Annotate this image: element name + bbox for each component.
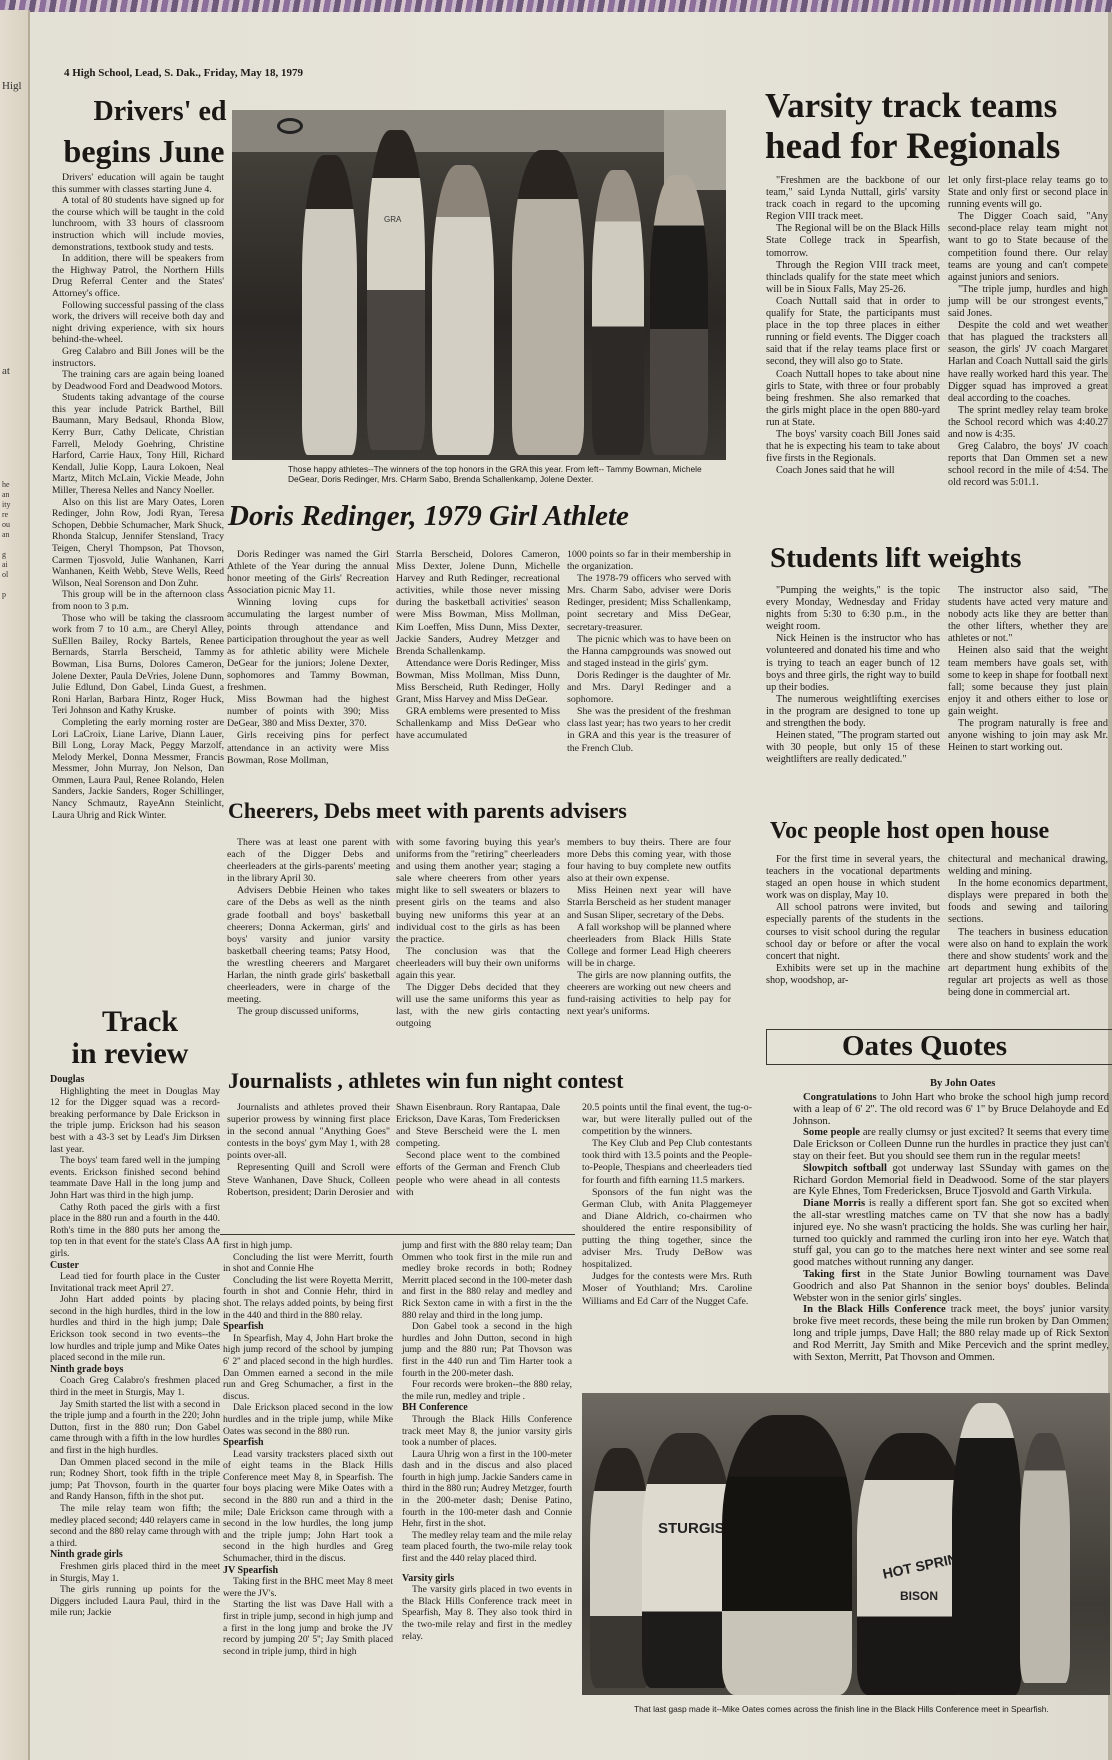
paragraph: Lead tied for fourth place in the Custer… [50, 1271, 220, 1294]
subhead: BH Conference [402, 1402, 572, 1414]
paragraph: Heinen also said that the weight team me… [948, 645, 1108, 718]
subhead: Varsity girls [402, 1573, 572, 1585]
oates-item: In the Black Hills Conference track meet… [793, 1304, 1109, 1363]
paragraph: Those who will be taking the classroom w… [52, 613, 224, 717]
paragraph: Jay Smith started the list with a second… [50, 1399, 220, 1457]
paragraph: Girls receiving pins for perfect attenda… [227, 730, 389, 766]
oates-item-lead: Congratulations [803, 1092, 877, 1103]
race-photo-caption: That last gasp made it--Mike Oates comes… [634, 1704, 1074, 1714]
paragraph: The sprint medley relay team broke the S… [948, 405, 1108, 441]
jersey-text-bison: BISON [900, 1589, 938, 1603]
journalists-col-2: Shawn Eisenbraun. Rory Rantapaa, Dale Er… [396, 1102, 560, 1199]
official-figure [952, 1403, 1022, 1695]
paragraph: John Hart added points by placing second… [50, 1294, 220, 1364]
doris-col-3: 1000 points so far in their membership i… [567, 549, 731, 755]
oates-quotes-box: Oates Quotes [766, 1029, 1112, 1065]
paragraph: The teachers in business education were … [948, 927, 1108, 1000]
subhead: Ninth grade boys [50, 1364, 220, 1376]
paragraph: Greg Calabro and Bill Jones will be the … [52, 346, 224, 369]
voc-col-2: chitectural and mechanical drawing, weld… [948, 854, 1108, 999]
paragraph: let only first-place relay teams go to S… [948, 175, 1108, 211]
oates-item-lead: Slowpitch softball [803, 1163, 887, 1174]
cheerers-col-3: members to buy theirs. There are four mo… [567, 837, 731, 1018]
cheerers-col-2: with some favoring buying this year's un… [396, 837, 560, 1031]
paragraph: The program naturally is free and anyone… [948, 718, 1108, 754]
runner-figure [590, 1448, 650, 1688]
spectator-figure [1020, 1433, 1070, 1683]
paragraph: first in high jump. [223, 1240, 393, 1252]
paragraph: Taking first in the BHC meet May 8 meet … [223, 1576, 393, 1599]
gra-badge-text: GRA [384, 215, 401, 224]
paragraph: "The triple jump, hurdles and high jump … [948, 284, 1108, 320]
paragraph: There was at least one parent with each … [227, 837, 390, 885]
track-review-headline-2: in review [40, 1039, 220, 1069]
weights-headline: Students lift weights [770, 544, 1110, 573]
paragraph: This group will be in the afternoon clas… [52, 589, 224, 612]
paragraph: For the first time in several years, the… [766, 854, 940, 902]
oates-item: Slowpitch softball got underway last SSu… [793, 1163, 1109, 1198]
basketball-hoop-icon [277, 118, 303, 134]
paragraph: The numerous weightlifting exercises in … [766, 694, 940, 730]
paragraph: The instructor also said, "The students … [948, 585, 1108, 645]
paragraph: Greg Calabro, the boys' JV coach reports… [948, 441, 1108, 489]
paragraph: Heinen stated, "The program started out … [766, 730, 940, 766]
paragraph: Students taking advantage of the course … [52, 392, 224, 496]
newspaper-page: 4 High School, Lead, S. Dak., Friday, Ma… [30, 12, 1112, 1760]
paragraph: 20.5 points until the final event, the t… [582, 1102, 752, 1138]
person-figure [432, 165, 494, 455]
prev-page-fragment: ai [0, 560, 8, 569]
paragraph: Coach Nuttall said that in order to qual… [766, 296, 940, 369]
prev-page-fragment: he [0, 480, 10, 489]
paragraph: Cathy Roth paced the girls with a first … [50, 1202, 220, 1260]
paragraph: Attendance were Doris Redinger, Miss Bow… [396, 658, 560, 706]
paragraph: Representing Quill and Scroll were Steve… [227, 1162, 390, 1198]
paragraph: Freshmen girls placed third in the meet … [50, 1561, 220, 1584]
paragraph: A fall workshop will be planned where ch… [567, 922, 731, 970]
prev-page-fragment: Higl [0, 80, 22, 92]
prev-page-fragment: ol [0, 570, 8, 579]
track-review-col-2: first in high jump. Concluding the list … [223, 1240, 393, 1657]
paragraph: Laura Uhrig won a first in the 100-meter… [402, 1449, 572, 1530]
person-figure [367, 130, 425, 450]
person-figure [512, 150, 584, 455]
track-review-col-1: Douglas Highlighting the meet in Douglas… [50, 1074, 220, 1619]
paragraph: Exhibits were set up in the machine shop… [766, 963, 940, 987]
paragraph: Concluding the list were Merritt, fourth… [223, 1252, 393, 1275]
paragraph: The mile relay team won fifth; the medle… [50, 1503, 220, 1549]
paragraph: GRA emblems were presented to Miss Schal… [396, 706, 560, 742]
paragraph: Coach Nuttall hopes to take about nine g… [766, 369, 940, 429]
journalists-headline: Journalists , athletes win fun night con… [228, 1070, 768, 1092]
paragraph: Coach Greg Calabro's freshmen placed thi… [50, 1375, 220, 1398]
drivers-ed-headline-1: Drivers' ed [70, 98, 250, 126]
person-figure [650, 175, 708, 455]
prev-page-fragment: g [0, 550, 6, 559]
oates-headline: Oates Quotes [767, 1030, 1112, 1061]
gra-photo-caption: Those happy athletes--The winners of the… [288, 464, 728, 484]
paragraph: The Regional will be on the Black Hills … [766, 223, 940, 259]
paragraph: Doris Redinger was named the Girl Athlet… [227, 549, 389, 597]
voc-headline: Voc people host open house [770, 819, 1112, 843]
paragraph: The 1978-79 officers who served with Mrs… [567, 573, 731, 633]
paragraph: The Digger Coach said, "Any second-place… [948, 211, 1108, 284]
paragraph: "Pumping the weights," is the topic ever… [766, 585, 940, 633]
prev-page-fragment: re [0, 510, 8, 519]
paragraph: Second place went to the combined effort… [396, 1150, 560, 1198]
drivers-ed-headline-2: begins June 4 [56, 135, 256, 167]
paragraph: Starting the list was Dave Hall with a f… [223, 1599, 393, 1657]
previous-page-edge: Higl at he an ity re ou an g ai ol p [0, 10, 30, 1760]
paragraph: The group discussed uniforms, [227, 1006, 390, 1018]
paragraph: Dale Erickson placed second in the low h… [223, 1402, 393, 1437]
paragraph: The Digger Debs decided that they will u… [396, 982, 560, 1030]
paragraph: Dan Ommen placed second in the mile run;… [50, 1457, 220, 1503]
paragraph: Following successful passing of the clas… [52, 300, 224, 346]
paragraph: Also on this list are Mary Oates, Loren … [52, 497, 224, 590]
oates-item: Some people are really clumsy or just ex… [793, 1127, 1109, 1162]
prev-page-fragment: at [0, 365, 10, 377]
paragraph: Drivers' education will again be taught … [52, 172, 224, 195]
paragraph: Lead varsity tracksters placed sixth out… [223, 1449, 393, 1565]
prev-page-fragment: p [0, 590, 6, 599]
voc-col-1: For the first time in several years, the… [766, 854, 940, 987]
runner-figure [642, 1433, 732, 1688]
subhead: Spearfish [223, 1437, 393, 1449]
oates-item: Congratulations to John Hart who broke t… [793, 1092, 1109, 1127]
paragraph: members to buy theirs. There are four mo… [567, 837, 731, 885]
paragraph: Nick Heinen is the instructor who has vo… [766, 633, 940, 693]
paragraph: Don Gabel took a second in the high hurd… [402, 1321, 572, 1379]
paragraph: The boys' team fared well in the jumping… [50, 1155, 220, 1201]
paragraph: In the home economics department, displa… [948, 878, 1108, 926]
paragraph: Miss Heinen next year will have Starrla … [567, 885, 731, 921]
paragraph: In Spearfish, May 4, John Hart broke the… [223, 1333, 393, 1403]
cheerers-col-1: There was at least one parent with each … [227, 837, 390, 1018]
oates-item-lead: Taking first [803, 1269, 860, 1280]
subhead: JV Spearfish [223, 1565, 393, 1577]
gym-wall [232, 110, 726, 152]
paragraph: Through the Black Hills Conference track… [402, 1414, 572, 1449]
paragraph: Through the Region VIII track meet, thin… [766, 260, 940, 296]
oates-item: Diane Morris is really a different sport… [793, 1198, 1109, 1269]
paragraph: Winning loving cups for accumulating the… [227, 597, 389, 694]
paragraph: chitectural and mechanical drawing, weld… [948, 854, 1108, 878]
oates-item-lead: Some people [803, 1127, 860, 1138]
doris-col-2: Starrla Berscheid, Dolores Cameron, Miss… [396, 549, 560, 743]
paragraph: Sponsors of the fun night was the German… [582, 1187, 752, 1272]
journalists-col-3: 20.5 points until the final event, the t… [582, 1102, 752, 1308]
paragraph: She was the president of the freshman cl… [567, 706, 731, 754]
paragraph: The boys' varsity coach Bill Jones said … [766, 429, 940, 465]
weights-col-2: The instructor also said, "The students … [948, 585, 1108, 754]
paragraph: The picnic which was to have been on the… [567, 634, 731, 670]
paragraph: jump and first with the 880 relay team; … [402, 1240, 572, 1321]
person-figure [592, 170, 644, 455]
paragraph: Miss Bowman had the highest number of po… [227, 694, 389, 730]
subhead: Custer [50, 1260, 220, 1272]
paragraph: Judges for the contests were Mrs. Ruth M… [582, 1271, 752, 1307]
jersey-text-sturgis: STURGIS [658, 1520, 725, 1537]
doris-headline: Doris Redinger, 1979 Girl Athlete [228, 502, 748, 531]
prev-page-fragment: ou [0, 520, 10, 529]
paragraph: Starrla Berscheid, Dolores Cameron, Miss… [396, 549, 560, 658]
subhead: Ninth grade girls [50, 1549, 220, 1561]
paragraph: Completing the early morning roster are … [52, 717, 224, 821]
track-race-photo: STURGIS HOT SPRIN BISON [582, 1393, 1110, 1695]
folio-line: 4 High School, Lead, S. Dak., Friday, Ma… [64, 67, 303, 79]
paragraph: The girls are now planning outfits, the … [567, 970, 731, 1018]
paragraph: Despite the cold and wet weather that ha… [948, 320, 1108, 405]
track-review-col-3: jump and first with the 880 relay team; … [402, 1240, 572, 1642]
doris-col-1: Doris Redinger was named the Girl Athlet… [227, 549, 389, 767]
section-divider [220, 1234, 575, 1235]
varsity-track-headline-1: Varsity track teams [765, 88, 1110, 123]
prev-page-fragment: ity [0, 500, 10, 509]
paragraph: The conclusion was that the cheerleaders… [396, 946, 560, 982]
paragraph: The girls running up points for the Digg… [50, 1584, 220, 1619]
paragraph: The varsity girls placed in two events i… [402, 1584, 572, 1642]
varsity-track-col-2: let only first-place relay teams go to S… [948, 175, 1108, 489]
oates-body: Congratulations to John Hart who broke t… [793, 1092, 1109, 1363]
oates-byline: By John Oates [930, 1078, 995, 1089]
paragraph: A total of 80 students have signed up fo… [52, 195, 224, 253]
runner-figure [722, 1415, 852, 1695]
paragraph: All school patrons were invited, but esp… [766, 902, 940, 962]
drivers-ed-body: Drivers' education will again be taught … [52, 172, 224, 821]
paragraph: The medley relay team and the mile relay… [402, 1530, 572, 1565]
paragraph: Concluding the list were Royetta Merritt… [223, 1275, 393, 1321]
paragraph: 1000 points so far in their membership i… [567, 549, 731, 573]
weights-col-1: "Pumping the weights," is the topic ever… [766, 585, 940, 766]
paragraph: Journalists and athletes proved their su… [227, 1102, 390, 1162]
paragraph: Four records were broken--the 880 relay,… [402, 1379, 572, 1402]
paragraph: The training cars are again being loaned… [52, 369, 224, 392]
subhead: Douglas [50, 1074, 220, 1086]
track-review-headline-1: Track [50, 1007, 230, 1037]
paragraph: Highlighting the meet in Douglas May 12 … [50, 1086, 220, 1156]
subhead: Spearfish [223, 1321, 393, 1333]
paragraph: The Key Club and Pep Club contestants to… [582, 1138, 752, 1186]
paragraph: Doris Redinger is the daughter of Mr. an… [567, 670, 731, 706]
varsity-track-col-1: "Freshmen are the backbone of our team,"… [766, 175, 940, 477]
oates-item-lead: In the Black Hills Conference [803, 1304, 946, 1315]
paragraph: Advisers Debbie Heinen who takes care of… [227, 885, 390, 1006]
journalists-col-1: Journalists and athletes proved their su… [227, 1102, 390, 1199]
paragraph: Shawn Eisenbraun. Rory Rantapaa, Dale Er… [396, 1102, 560, 1150]
person-figure [302, 155, 357, 455]
oates-item: Taking first in the State Junior Bowling… [793, 1269, 1109, 1304]
oates-item-lead: Diane Morris [803, 1198, 865, 1209]
paragraph: "Freshmen are the backbone of our team,"… [766, 175, 940, 223]
paragraph: Coach Jones said that he will [766, 465, 940, 477]
prev-page-fragment: an [0, 490, 10, 499]
paragraph: with some favoring buying this year's un… [396, 837, 560, 946]
varsity-track-headline-2: head for Regionals [765, 128, 1110, 165]
cheerers-headline: Cheerers, Debs meet with parents adviser… [228, 800, 748, 822]
gra-athletes-photo: GRA [232, 110, 726, 460]
paragraph: In addition, there will be speakers from… [52, 253, 224, 299]
prev-page-fragment: an [0, 530, 10, 539]
